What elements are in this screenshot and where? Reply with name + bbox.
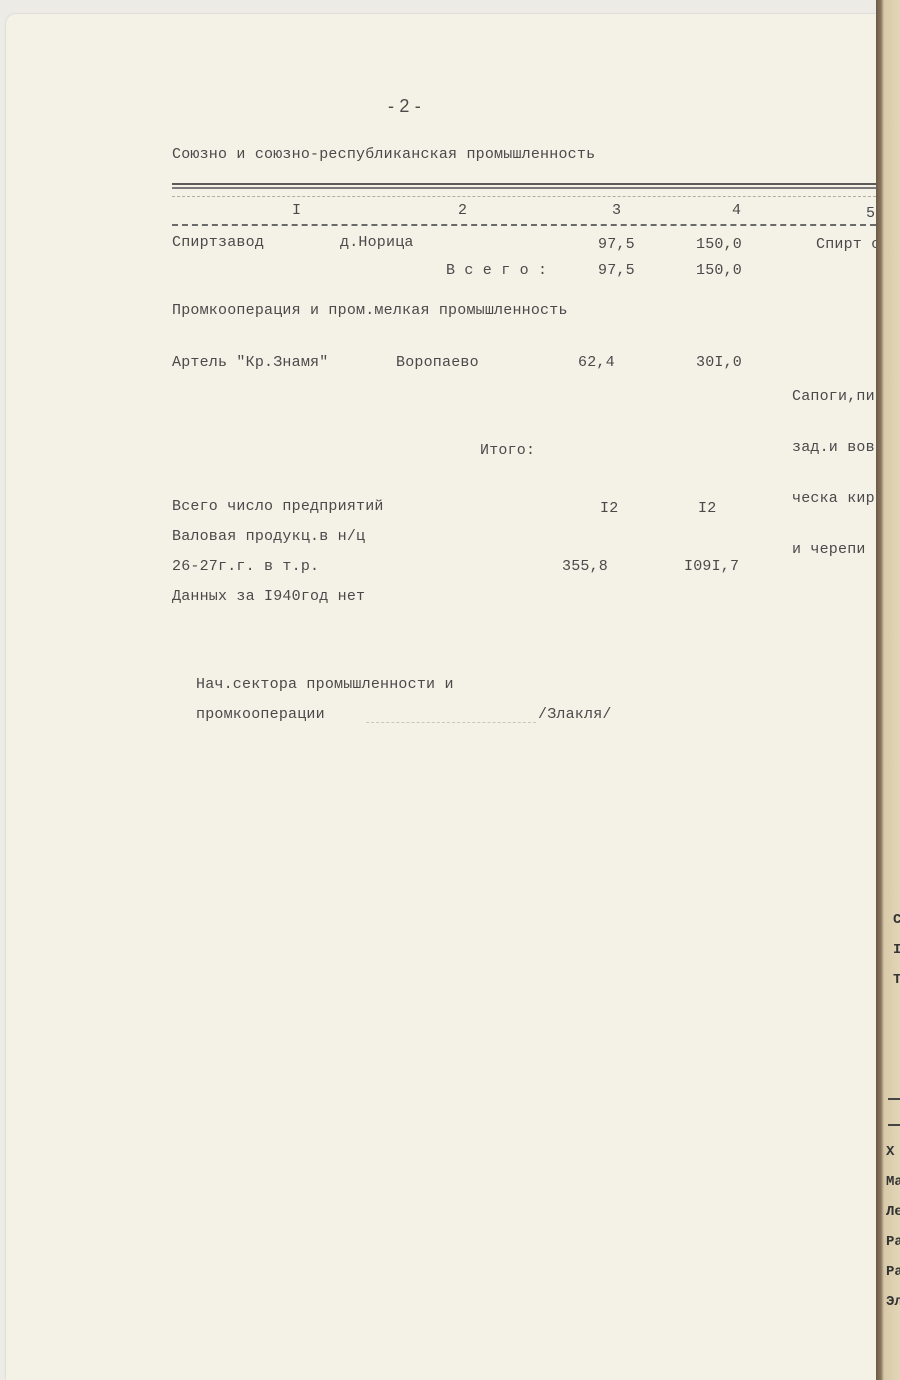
adjacent-page-rule: [888, 1098, 900, 1100]
summary-label: Данных за I940год нет: [172, 588, 365, 605]
product-line: ческа кир: [792, 490, 876, 507]
total-col3: 97,5: [598, 262, 635, 279]
column-header-1: I: [292, 202, 301, 219]
signature-title-line2: промкооперации: [196, 706, 325, 723]
adjacent-page-fragment: Х: [886, 1144, 894, 1160]
enterprise-location: Воропаево: [396, 354, 479, 371]
product-description: Сапоги,пи зад.и вов ческа кир и черепи: [792, 354, 876, 592]
product-line: и черепи: [792, 541, 876, 558]
header-faint-rule: [172, 196, 876, 197]
page-number: - 2 -: [388, 96, 421, 117]
signatory-name: /Злакля/: [538, 706, 612, 723]
signature-line: [366, 722, 536, 723]
summary-col3: 355,8: [562, 558, 608, 575]
adjacent-page-edge: [876, 0, 900, 1380]
summary-label: 26-27г.г. в т.р.: [172, 558, 319, 575]
column-header-4: 4: [732, 202, 741, 219]
total-label: В с е г о :: [446, 262, 547, 279]
enterprise-name: Артель "Кр.Знамя": [172, 354, 328, 371]
table-header-double-rule: [172, 183, 876, 189]
value-col3: 97,5: [598, 236, 635, 253]
adjacent-page-fragment: С: [893, 912, 900, 928]
signature-title-line1: Нач.сектора промышленности и: [196, 676, 454, 693]
value-col5: Спирт сп: [816, 236, 876, 253]
adjacent-page-fragment: Ра: [886, 1264, 900, 1280]
adjacent-page-fragment: Ле: [886, 1204, 900, 1220]
adjacent-page-fragment: I: [893, 942, 900, 958]
adjacent-page-fragment: Т: [893, 972, 900, 988]
column-header-3: 3: [612, 202, 621, 219]
document-page: [6, 14, 876, 1380]
column-header-5: 5: [866, 205, 875, 222]
summary-col4: I09I,7: [684, 558, 739, 575]
summary-label: Валовая продукц.в н/ц: [172, 528, 365, 545]
product-line: Сапоги,пи: [792, 388, 876, 405]
adjacent-page-rule: [888, 1124, 900, 1126]
product-line: зад.и вов: [792, 439, 876, 456]
summary-col3: I2: [600, 500, 618, 517]
adjacent-page-fragment: Ма: [886, 1174, 900, 1190]
total-col4: 150,0: [696, 262, 742, 279]
enterprise-location: д.Норица: [340, 234, 414, 251]
value-col4: 150,0: [696, 236, 742, 253]
adjacent-page-fragment: Ра: [886, 1234, 900, 1250]
value-col4: 30I,0: [696, 354, 742, 371]
value-col3: 62,4: [578, 354, 615, 371]
adjacent-page-fragment: Эл: [886, 1294, 900, 1310]
column-header-rule: [172, 224, 876, 226]
section-title-cooperative-industry: Промкооперация и пром.мелкая промышленно…: [172, 302, 568, 319]
section-title-union-industry: Союзно и союзно-республиканская промышле…: [172, 146, 595, 163]
column-header-2: 2: [458, 202, 467, 219]
summary-title: Итого:: [480, 442, 535, 459]
summary-col4: I2: [698, 500, 716, 517]
enterprise-name: Спиртзавод: [172, 234, 264, 251]
summary-label: Всего число предприятий: [172, 498, 384, 515]
